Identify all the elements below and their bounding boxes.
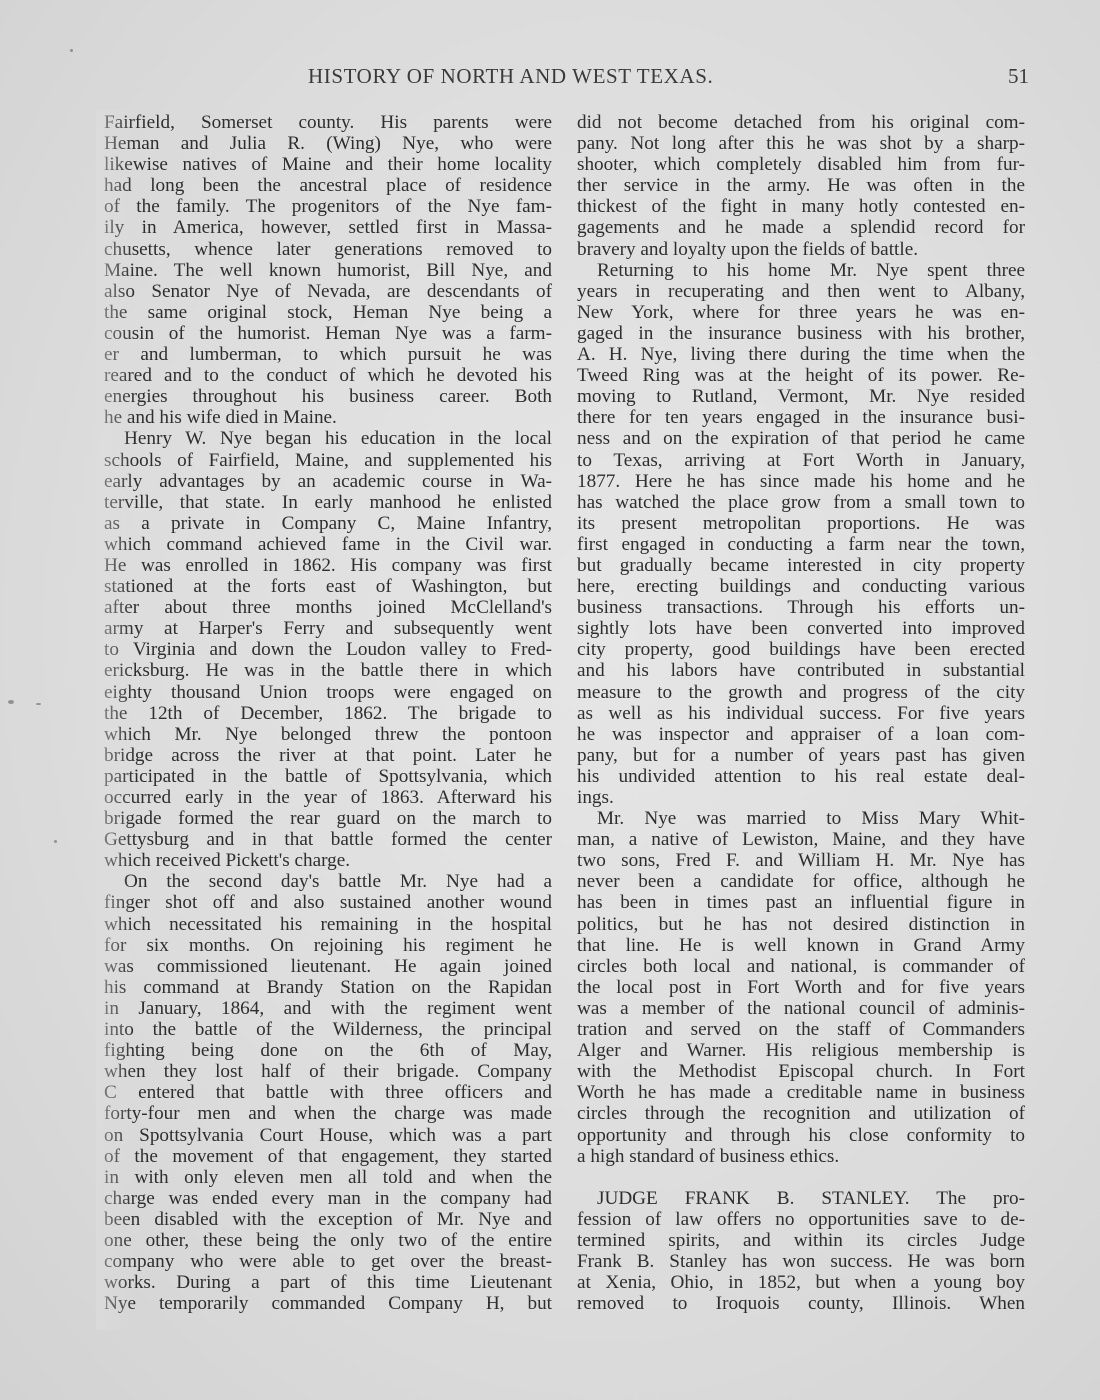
scan-speck [54,840,57,843]
right-column-line: gaged in the insurance business with his… [577,323,1025,344]
left-column-line: C entered that battle with three officer… [104,1082,552,1103]
left-column-line: as a private in Company C, Maine Infantr… [104,513,552,534]
left-column-line: which received Pickett's charge. [104,850,552,871]
left-column-line: he and his wife died in Maine. [104,407,552,428]
left-column-line: terville, that state. In early manhood h… [104,492,552,513]
left-column-line: into the battle of the Wilderness, the p… [104,1019,552,1040]
left-column-line: to Virginia and down the Loudon valley t… [104,639,552,660]
right-column-line: opportunity and through his close confor… [577,1125,1025,1146]
left-column-line: brigade formed the rear guard on the mar… [104,808,552,829]
left-column-line: also Senator Nye of Nevada, are descenda… [104,281,552,302]
right-column-line: Mr. Nye was married to Miss Mary Whit- [577,808,1025,829]
right-column-line: there for ten years engaged in the insur… [577,407,1025,428]
right-column-line: has been in times past an influential fi… [577,892,1025,913]
left-column-line: of the movement of that engagement, they… [104,1146,552,1167]
left-column-line: bridge across the river at that point. L… [104,745,552,766]
left-column-line: his command at Brandy Station on the Rap… [104,977,552,998]
right-column-line: but gradually became interested in city … [577,555,1025,576]
left-column-line: He was enrolled in 1862. His company was… [104,555,552,576]
right-column-line: man, a native of Lewiston, Maine, and th… [577,829,1025,850]
left-column-line: finger shot off and also sustained anoth… [104,892,552,913]
left-column-line: of the family. The progenitors of the Ny… [104,196,552,217]
left-column-line: which necessitated his remaining in the … [104,914,552,935]
right-column-line: ings. [577,787,1025,808]
right-column-line: New York, where for three years he was e… [577,302,1025,323]
left-column-line: ily in America, however, settled first i… [104,217,552,238]
left-column-line: army at Harper's Ferry and subsequently … [104,618,552,639]
left-column-line: which Mr. Nye belonged threw the pontoon [104,724,552,745]
left-column-line: stationed at the forts east of Washingto… [104,576,552,597]
right-column-line: that line. He is well known in Grand Arm… [577,935,1025,956]
right-column-line: to Texas, arriving at Fort Worth in Janu… [577,450,1025,471]
left-column-line: cousin of the humorist. Heman Nye was a … [104,323,552,344]
right-column-line: Tweed Ring was at the height of its powe… [577,365,1025,386]
right-column-line: circles both local and national, is comm… [577,956,1025,977]
right-column-line: A. H. Nye, living there during the time … [577,344,1025,365]
right-text-column: did not become detached from his origina… [577,112,1025,1314]
right-column-line: ther service in the army. He was often i… [577,175,1025,196]
right-column-line: first engaged in conducting a farm near … [577,534,1025,555]
left-column-line: Gettysburg and in that battle formed the… [104,829,552,850]
right-column-line: Returning to his home Mr. Nye spent thre… [577,260,1025,281]
right-column-line: bravery and loyalty upon the fields of b… [577,239,1025,260]
right-column-line: two sons, Fred F. and William H. Mr. Nye… [577,850,1025,871]
left-column-line: On the second day's battle Mr. Nye had a [104,871,552,892]
left-column-line: for six months. On rejoining his regimen… [104,935,552,956]
right-column-line: at Xenia, Ohio, in 1852, but when a youn… [577,1272,1025,1293]
left-column-line: er and lumberman, to which pursuit he wa… [104,344,552,365]
left-column-line: Nye temporarily commanded Company H, but [104,1293,552,1314]
left-column-line: company who were able to get over the br… [104,1251,552,1272]
left-column-line: charge was ended every man in the compan… [104,1188,552,1209]
right-column-line: here, erecting buildings and conducting … [577,576,1025,597]
right-column-line: removed to Iroquois county, Illinois. Wh… [577,1293,1025,1314]
right-column-line: 1877. Here he has since made his home an… [577,471,1025,492]
left-column-line: early advantages by an academic course i… [104,471,552,492]
left-column-line: the 12th of December, 1862. The brigade … [104,703,552,724]
left-column-line: works. During a part of this time Lieute… [104,1272,552,1293]
right-column-line: as well as his individual success. For f… [577,703,1025,724]
right-column-line: its present metropolitan proportions. He… [577,513,1025,534]
left-column-line: Henry W. Nye began his education in the … [104,428,552,449]
right-column-line: ness and on the expiration of that perio… [577,428,1025,449]
left-column-line: fighting being done on the 6th of May, [104,1040,552,1061]
right-column-line: tration and served on the staff of Comma… [577,1019,1025,1040]
left-column-line: schools of Fairfield, Maine, and supplem… [104,450,552,471]
right-column-line: thickest of the fight in many hotly cont… [577,196,1025,217]
left-column-line: likewise natives of Maine and their home… [104,154,552,175]
left-column-line: Fairfield, Somerset county. His parents … [104,112,552,133]
left-column-line: chusetts, whence later generations remov… [104,239,552,260]
right-column-line: fession of law offers no opportunities s… [577,1209,1025,1230]
right-column-line: termined spirits, and within its circles… [577,1230,1025,1251]
right-column-line: years in recuperating and then went to A… [577,281,1025,302]
right-column-line: pany. Not long after this he was shot by… [577,133,1025,154]
left-column-line: on Spottsylvania Court House, which was … [104,1125,552,1146]
left-column-line: after about three months joined McClella… [104,597,552,618]
right-column-line: the local post in Fort Worth and for fiv… [577,977,1025,998]
right-column-line: never been a candidate for office, altho… [577,871,1025,892]
section-gap [577,1167,1025,1188]
right-column-line: was a member of the national council of … [577,998,1025,1019]
left-column-line: Heman and Julia R. (Wing) Nye, who were [104,133,552,154]
left-text-column: Fairfield, Somerset county. His parents … [104,112,552,1314]
right-column-line: moving to Rutland, Vermont, Mr. Nye resi… [577,386,1025,407]
left-column-line: participated in the battle of Spottsylva… [104,766,552,787]
right-column-line: a high standard of business ethics. [577,1146,1025,1167]
right-column-line: and his labors have contributed in subst… [577,660,1025,681]
left-column-line: was commissioned lieutenant. He again jo… [104,956,552,977]
left-column-line: occurred early in the year of 1863. Afte… [104,787,552,808]
right-column-line: his undivided attention to his real esta… [577,766,1025,787]
right-column-line: city property, good buildings have been … [577,639,1025,660]
page-number: 51 [1008,64,1029,89]
left-column-line: Maine. The well known humorist, Bill Nye… [104,260,552,281]
left-column-line: had long been the ancestral place of res… [104,175,552,196]
running-title: HISTORY OF NORTH AND WEST TEXAS. [308,64,713,89]
left-column-line: eighty thousand Union troops were engage… [104,682,552,703]
left-column-line: one other, these being the only two of t… [104,1230,552,1251]
left-column-line: been disabled with the exception of Mr. … [104,1209,552,1230]
scan-speck [70,49,73,52]
left-column-line: which command achieved fame in the Civil… [104,534,552,555]
left-column-line: the same original stock, Heman Nye being… [104,302,552,323]
left-column-line: ericksburg. He was in the battle there i… [104,660,552,681]
scan-speck [8,700,14,704]
right-column-line: pany, but for a number of years past has… [577,745,1025,766]
left-column-line: reared and to the conduct of which he de… [104,365,552,386]
running-head: HISTORY OF NORTH AND WEST TEXAS. 51 [0,64,1100,94]
right-column-line: with the Methodist Episcopal church. In … [577,1061,1025,1082]
right-column-line: circles through the recognition and util… [577,1103,1025,1124]
right-column-line: measure to the growth and progress of th… [577,682,1025,703]
right-column-line: Alger and Warner. His religious membersh… [577,1040,1025,1061]
left-column-line: energies throughout his business career.… [104,386,552,407]
right-column-line: politics, but he has not desired distinc… [577,914,1025,935]
left-column-line: in with only eleven men all told and whe… [104,1167,552,1188]
left-column-line: when they lost half of their brigade. Co… [104,1061,552,1082]
right-column-line: shooter, which completely disabled him f… [577,154,1025,175]
left-column-line: forty-four men and when the charge was m… [104,1103,552,1124]
right-column-line: Worth he has made a creditable name in b… [577,1082,1025,1103]
right-column-line: JUDGE FRANK B. STANLEY. The pro- [577,1188,1025,1209]
scan-speck [36,703,41,705]
right-column-line: he was inspector and appraiser of a loan… [577,724,1025,745]
left-column-line: in January, 1864, and with the regiment … [104,998,552,1019]
right-column-line: business transactions. Through his effor… [577,597,1025,618]
right-column-line: gagements and he made a splendid record … [577,217,1025,238]
right-column-line: Frank B. Stanley has won success. He was… [577,1251,1025,1272]
right-column-line: sightly lots have been converted into im… [577,618,1025,639]
right-column-line: did not become detached from his origina… [577,112,1025,133]
right-column-line: has watched the place grow from a small … [577,492,1025,513]
